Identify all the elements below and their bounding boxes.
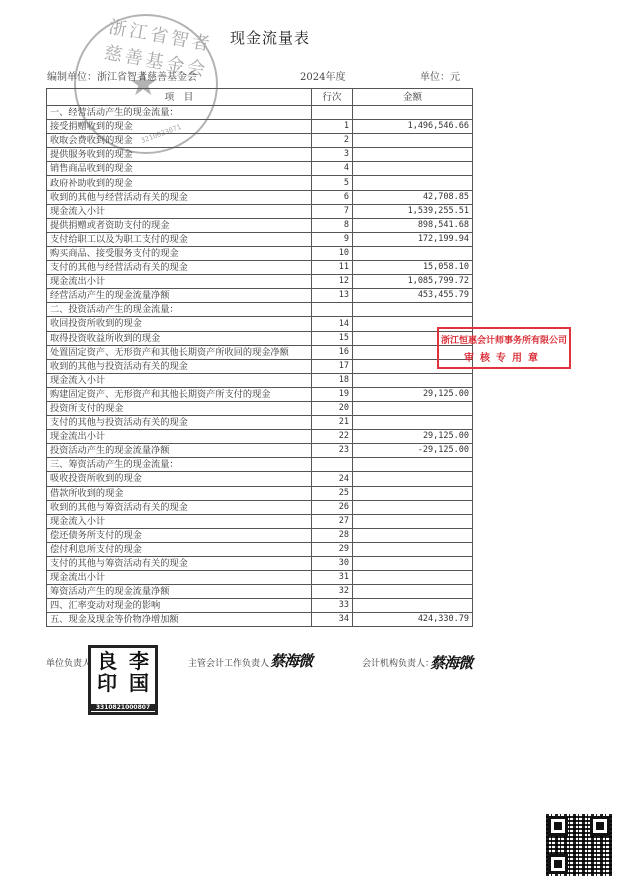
row-line-no: 16 [312,345,353,359]
row-line-no: 34 [312,613,353,627]
audit-stamp-firm: 浙江恒惠会计师事务所有限公司 [439,333,569,346]
table-row: 收到的其他与经营活动有关的现金642,708.85 [47,190,473,204]
table-row: 偿付利息所支付的现金29 [47,542,473,556]
row-item: 收取会费收到的现金 [47,134,312,148]
table-row: 现金流出小计2229,125.00 [47,430,473,444]
row-line-no: 7 [312,204,353,218]
currency-unit: 单位：元 [420,68,460,83]
row-amount [353,500,473,514]
row-item: 吸收投资所收到的现金 [47,472,312,486]
row-amount [353,557,473,571]
audit-stamp: 浙江恒惠会计师事务所有限公司 审核专用章 [437,327,571,369]
seal-number: 3310821000807 [91,704,155,711]
row-line-no: 1 [312,120,353,134]
row-amount: 1,539,255.51 [353,204,473,218]
row-item: 投资活动产生的现金流量净额 [47,444,312,458]
column-header-amount: 金额 [353,89,473,106]
row-line-no: 23 [312,444,353,458]
row-item: 五、现金及现金等价物净增加额 [47,613,312,627]
row-amount [353,106,473,120]
row-line-no: 30 [312,557,353,571]
column-header-item: 项 目 [47,89,312,106]
row-item: 偿付利息所支付的现金 [47,542,312,556]
row-line-no [312,458,353,472]
row-line-no: 20 [312,401,353,415]
row-amount: -29,125.00 [353,444,473,458]
row-amount [353,542,473,556]
row-line-no: 22 [312,430,353,444]
row-amount: 453,455.79 [353,289,473,303]
table-row: 处置固定资产、无形资产和其他长期资产所收回的现金净额16 [47,345,473,359]
table-row: 一、经营活动产生的现金流量： [47,106,473,120]
row-item: 提供捐赠或者资助支付的现金 [47,218,312,232]
row-amount: 1,085,799.72 [353,275,473,289]
table-row: 借款所收到的现金25 [47,486,473,500]
row-line-no [312,303,353,317]
row-amount [353,176,473,190]
row-line-no: 4 [312,162,353,176]
table-header: 项 目 行次 金额 [47,89,473,106]
row-line-no: 33 [312,599,353,613]
row-item: 现金流出小计 [47,571,312,585]
row-amount: 29,125.00 [353,430,473,444]
table-row: 收回投资所收到的现金14 [47,317,473,331]
row-amount [353,134,473,148]
row-line-no: 21 [312,416,353,430]
row-amount: 898,541.68 [353,218,473,232]
row-line-no: 10 [312,246,353,260]
row-line-no: 28 [312,528,353,542]
row-item: 现金流出小计 [47,430,312,444]
table-row: 购买商品、接受服务支付的现金10 [47,246,473,260]
page-title: 现金流量表 [0,27,540,48]
table-row: 收取会费收到的现金2 [47,134,473,148]
row-amount [353,246,473,260]
row-line-no: 11 [312,261,353,275]
row-amount [353,585,473,599]
row-amount [353,571,473,585]
accounting-dept-signature: 蔡海微 [430,652,472,673]
row-amount [353,599,473,613]
cash-flow-table: 项 目 行次 金额 一、经营活动产生的现金流量：接受捐赠收到的现金11,496,… [46,88,473,627]
accounting-dept-label: 会计机构负责人： [362,656,434,669]
table-row: 支付给职工以及为职工支付的现金9172,199.94 [47,232,473,246]
org-label: 编制单位：浙江省智者慈善基金会 [47,68,197,83]
unit-head-seal: 良 李 印 国 3310821000807 [88,645,158,715]
row-amount: 424,330.79 [353,613,473,627]
table-row: 现金流出小计31 [47,571,473,585]
row-line-no: 29 [312,542,353,556]
row-line-no: 2 [312,134,353,148]
table-row: 吸收投资所收到的现金24 [47,472,473,486]
seal-char: 国 [123,672,155,694]
row-line-no: 27 [312,514,353,528]
row-amount: 172,199.94 [353,232,473,246]
row-line-no: 31 [312,571,353,585]
row-line-no: 9 [312,232,353,246]
table-row: 取得投资收益所收到的现金15 [47,331,473,345]
row-amount [353,458,473,472]
row-amount [353,148,473,162]
row-line-no: 13 [312,289,353,303]
row-line-no: 18 [312,373,353,387]
table-row: 收到的其他与筹资活动有关的现金26 [47,500,473,514]
row-item: 四、汇率变动对现金的影响 [47,599,312,613]
row-item: 支付给职工以及为职工支付的现金 [47,232,312,246]
row-line-no [312,106,353,120]
audit-stamp-purpose: 审核专用章 [439,349,569,364]
row-item: 支付的其他与投资活动有关的现金 [47,416,312,430]
row-item: 处置固定资产、无形资产和其他长期资产所收回的现金净额 [47,345,312,359]
row-amount: 1,496,546.66 [353,120,473,134]
table-row: 接受捐赠收到的现金11,496,546.66 [47,120,473,134]
table-row: 支付的其他与筹资活动有关的现金30 [47,557,473,571]
row-item: 提供服务收到的现金 [47,148,312,162]
column-header-line-no: 行次 [312,89,353,106]
row-item: 接受捐赠收到的现金 [47,120,312,134]
row-item: 收回投资所收到的现金 [47,317,312,331]
row-item: 现金流入小计 [47,373,312,387]
row-item: 现金流入小计 [47,204,312,218]
row-amount [353,303,473,317]
table-row: 现金流入小计18 [47,373,473,387]
row-item: 收到的其他与经营活动有关的现金 [47,190,312,204]
row-item: 支付的其他与经营活动有关的现金 [47,261,312,275]
table-row: 提供捐赠或者资助支付的现金8898,541.68 [47,218,473,232]
row-item: 购买商品、接受服务支付的现金 [47,246,312,260]
row-item: 收到的其他与筹资活动有关的现金 [47,500,312,514]
table-row: 五、现金及现金等价物净增加额34424,330.79 [47,613,473,627]
row-line-no: 12 [312,275,353,289]
table-row: 四、汇率变动对现金的影响33 [47,599,473,613]
table-row: 销售商品收到的现金4 [47,162,473,176]
row-line-no: 14 [312,317,353,331]
row-item: 偿还债务所支付的现金 [47,528,312,542]
table-row: 二、投资活动产生的现金流量： [47,303,473,317]
table-row: 现金流入小计71,539,255.51 [47,204,473,218]
table-row: 三、筹资活动产生的现金流量： [47,458,473,472]
seal-char: 良 [91,650,123,672]
row-amount [353,401,473,415]
row-amount [353,486,473,500]
row-item: 支付的其他与筹资活动有关的现金 [47,557,312,571]
table-row: 经营活动产生的现金流量净额13453,455.79 [47,289,473,303]
accounting-head-label: 主管会计工作负责人 [188,656,269,669]
table-row: 提供服务收到的现金3 [47,148,473,162]
row-item: 销售商品收到的现金 [47,162,312,176]
row-item: 一、经营活动产生的现金流量： [47,106,312,120]
row-line-no: 8 [312,218,353,232]
table-row: 筹资活动产生的现金流量净额32 [47,585,473,599]
row-item: 经营活动产生的现金流量净额 [47,289,312,303]
table-row: 购建固定资产、无形资产和其他长期资产所支付的现金1929,125.00 [47,387,473,401]
table-row: 收到的其他与投资活动有关的现金17 [47,359,473,373]
row-line-no: 15 [312,331,353,345]
table-row: 偿还债务所支付的现金28 [47,528,473,542]
seal-char: 印 [91,672,123,694]
table-row: 投资所支付的现金20 [47,401,473,415]
row-amount [353,514,473,528]
accounting-head-signature: 蔡海微 [270,650,312,671]
row-item: 现金流出小计 [47,275,312,289]
row-line-no: 25 [312,486,353,500]
row-line-no: 3 [312,148,353,162]
qr-code-icon [546,814,612,876]
table-row: 现金流出小计121,085,799.72 [47,275,473,289]
report-year: 2024年度 [300,68,345,83]
row-amount: 42,708.85 [353,190,473,204]
row-line-no: 26 [312,500,353,514]
row-item: 筹资活动产生的现金流量净额 [47,585,312,599]
row-amount [353,416,473,430]
table-row: 现金流入小计27 [47,514,473,528]
seal-char: 李 [123,650,155,672]
row-line-no: 32 [312,585,353,599]
table-row: 投资活动产生的现金流量净额23-29,125.00 [47,444,473,458]
row-item: 取得投资收益所收到的现金 [47,331,312,345]
table-row: 支付的其他与投资活动有关的现金21 [47,416,473,430]
row-line-no: 24 [312,472,353,486]
row-item: 现金流入小计 [47,514,312,528]
row-item: 收到的其他与投资活动有关的现金 [47,359,312,373]
row-amount: 15,058.10 [353,261,473,275]
row-amount: 29,125.00 [353,387,473,401]
row-item: 购建固定资产、无形资产和其他长期资产所支付的现金 [47,387,312,401]
row-item: 借款所收到的现金 [47,486,312,500]
row-item: 三、筹资活动产生的现金流量： [47,458,312,472]
row-line-no: 5 [312,176,353,190]
table-row: 政府补助收到的现金5 [47,176,473,190]
row-line-no: 17 [312,359,353,373]
row-line-no: 19 [312,387,353,401]
row-amount [353,528,473,542]
row-amount [353,472,473,486]
table-row: 支付的其他与经营活动有关的现金1115,058.10 [47,261,473,275]
row-amount [353,373,473,387]
row-amount [353,162,473,176]
row-item: 二、投资活动产生的现金流量： [47,303,312,317]
row-item: 政府补助收到的现金 [47,176,312,190]
row-item: 投资所支付的现金 [47,401,312,415]
row-line-no: 6 [312,190,353,204]
